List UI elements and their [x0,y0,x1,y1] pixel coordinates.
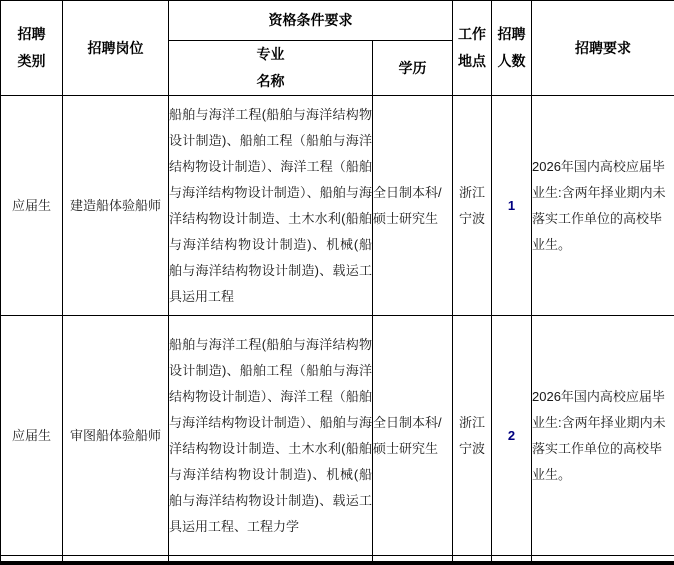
header-major: 专业 名称 [169,41,373,96]
cell-thick-border [532,562,674,565]
header-category: 招聘 类别 [1,1,63,96]
cell-position: 建造船体验船师 [63,96,169,316]
cell-category: 应届生 [1,316,63,556]
header-headcount-line2: 人数 [492,48,531,75]
header-major-line1: 专业 [169,41,372,68]
header-requirement: 招聘要求 [532,1,674,96]
header-category-line1: 招聘 [1,21,62,48]
table-row: 应届生 建造船体验船师 船舶与海洋工程(船舶与海洋结构物设计制造)、船舶工程（船… [1,96,674,316]
header-headcount: 招聘 人数 [492,1,532,96]
cell-thick-border [1,562,63,565]
cell-category: 应届生 [1,96,63,316]
cell-major: 船舶与海洋工程(船舶与海洋结构物设计制造)、船舶工程（船舶与海洋结构物设计制造）… [169,96,373,316]
header-location: 工作 地点 [453,1,492,96]
cell-thick-border [169,562,373,565]
cell-thick-border [453,562,492,565]
recruitment-table-page: 招聘 类别 招聘岗位 资格条件要求 工作 地点 招聘 人数 招聘要求 专业 名称… [0,0,674,565]
header-location-line1: 工作 [453,21,491,48]
header-location-line2: 地点 [453,48,491,75]
cell-thick-border [373,562,453,565]
cell-requirement: 2026年国内高校应届毕业生:含两年择业期内未落实工作单位的高校毕业生。 [532,316,674,556]
cell-thick-border [63,562,169,565]
cell-requirement: 2026年国内高校应届毕业生:含两年择业期内未落实工作单位的高校毕业生。 [532,96,674,316]
table-row-cutoff-border [1,562,674,565]
cell-location: 浙江 宁波 [453,96,492,316]
cell-major: 船舶与海洋工程(船舶与海洋结构物设计制造)、船舶工程（船舶与海洋结构物设计制造）… [169,316,373,556]
cell-thick-border [492,562,532,565]
cell-position: 审图船体验船师 [63,316,169,556]
table-header-row-top: 招聘 类别 招聘岗位 资格条件要求 工作 地点 招聘 人数 招聘要求 [1,1,674,41]
header-major-line2: 名称 [169,68,372,95]
table-row: 应届生 审图船体验船师 船舶与海洋工程(船舶与海洋结构物设计制造)、船舶工程（船… [1,316,674,556]
cell-education: 全日制本科/硕士研究生 [373,96,453,316]
recruitment-table: 招聘 类别 招聘岗位 资格条件要求 工作 地点 招聘 人数 招聘要求 专业 名称… [0,0,674,565]
cell-headcount: 2 [492,316,532,556]
cell-location-line2: 宁波 [453,436,491,462]
header-education: 学历 [373,41,453,96]
header-qualification: 资格条件要求 [169,1,453,41]
header-position: 招聘岗位 [63,1,169,96]
cell-location-line1: 浙江 [453,180,491,206]
cell-education: 全日制本科/硕士研究生 [373,316,453,556]
cell-headcount: 1 [492,96,532,316]
cell-location-line1: 浙江 [453,410,491,436]
header-category-line2: 类别 [1,48,62,75]
cell-location-line2: 宁波 [453,206,491,232]
cell-location: 浙江 宁波 [453,316,492,556]
header-headcount-line1: 招聘 [492,21,531,48]
